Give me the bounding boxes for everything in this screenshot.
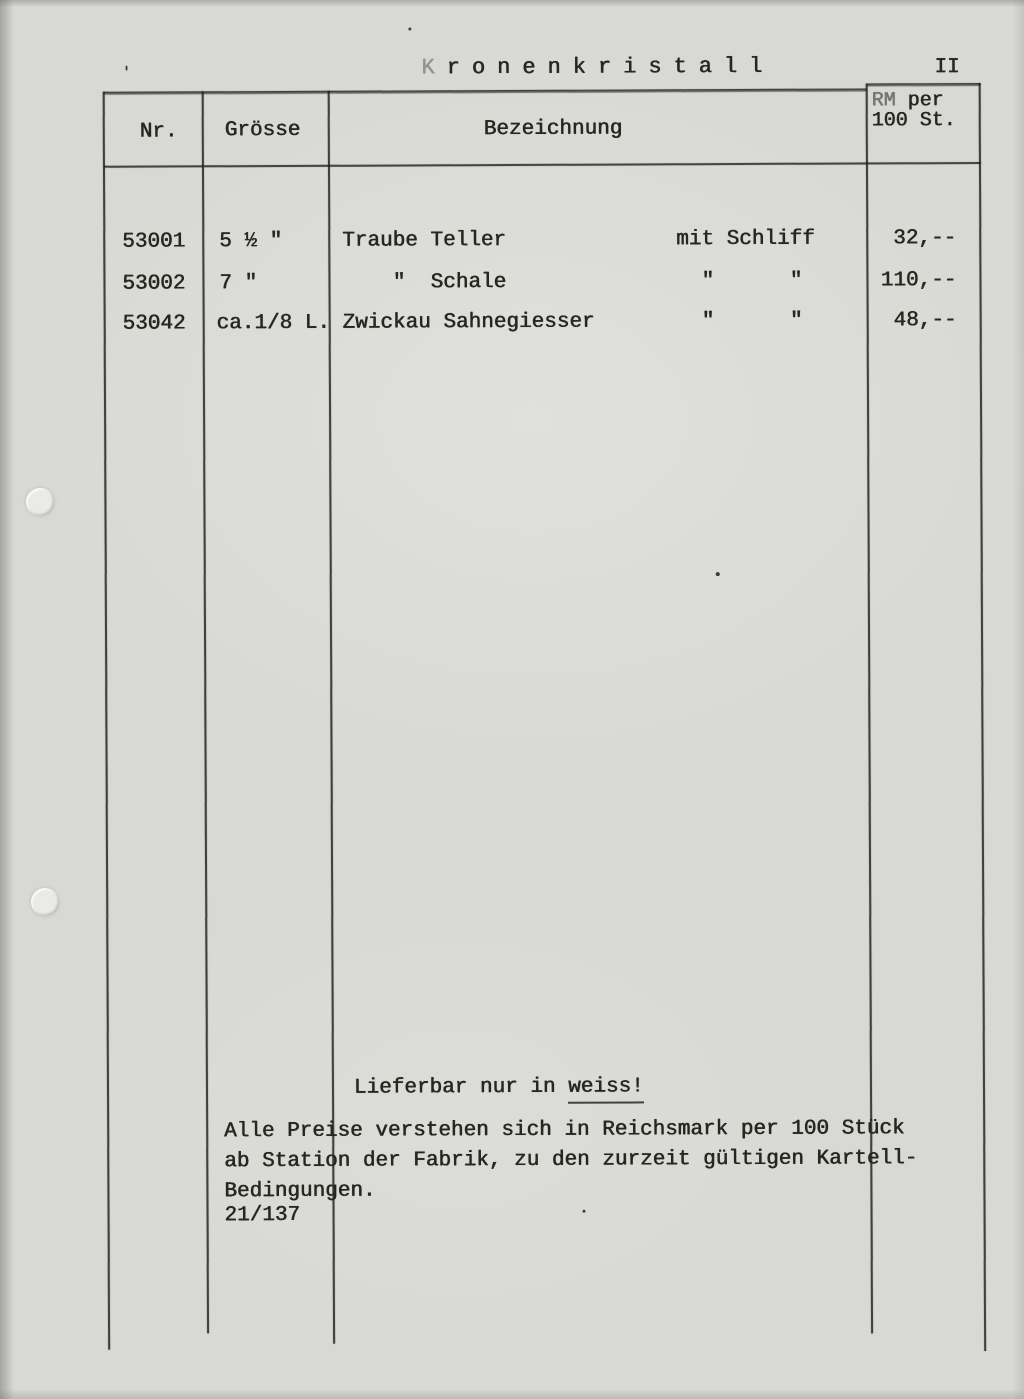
conditions-line-3: Bedingungen. — [224, 1181, 375, 1203]
table-border-right — [979, 83, 987, 1351]
scan-speck — [583, 1210, 586, 1213]
row3-price: 48,-- — [857, 310, 957, 331]
row2-price: 110,-- — [856, 270, 956, 291]
row1-description: Traube Teller — [342, 230, 506, 252]
availability-note-emphasis: weiss! — [568, 1075, 644, 1103]
row3-nr: 53042 — [123, 313, 186, 334]
table-border-left — [103, 92, 110, 1350]
conditions-line-1: Alle Preise verstehen sich in Reichsmark… — [224, 1118, 905, 1142]
page-title-faint-letter: K — [421, 55, 446, 80]
page-number: II — [935, 57, 960, 78]
table-divider-nr-size — [202, 91, 209, 1333]
page-title: Kronenkristall — [422, 56, 775, 80]
row2-finish: " " — [676, 271, 802, 293]
row1-nr: 53001 — [122, 231, 185, 252]
punch-hole-bottom — [31, 888, 59, 916]
table-top-rule — [104, 88, 867, 94]
row1-price: 32,-- — [856, 228, 956, 249]
column-header-description: Bezeichnung — [484, 119, 623, 141]
table-header-separator — [104, 162, 981, 168]
row3-description: Zwickau Sahnegiesser — [343, 312, 595, 334]
row2-description: " Schale — [342, 272, 506, 294]
column-header-nr: Nr. — [140, 121, 178, 142]
document-page: Kronenkristall II Nr. Grösse Bezeichnung… — [0, 0, 1024, 1399]
column-header-price-line2: 100 St. — [872, 111, 956, 131]
scan-speck — [716, 572, 720, 576]
punch-hole-top — [26, 488, 54, 516]
scan-speck — [408, 27, 411, 30]
row2-nr: 53002 — [122, 273, 185, 294]
column-header-size: Grösse — [225, 120, 301, 141]
row1-finish: mit Schliff — [676, 229, 815, 251]
conditions-line-2: ab Station der Fabrik, zu den zurzeit gü… — [224, 1148, 917, 1172]
row3-size: ca.1/8 L. — [217, 313, 331, 334]
scan-speck — [126, 66, 128, 71]
availability-note: Lieferbar nur in weiss! — [354, 1076, 644, 1098]
row2-size: 7 " — [219, 273, 257, 294]
row3-finish: " " — [677, 311, 803, 333]
row1-size: 5 ½ " — [219, 231, 282, 252]
page-title-rest: ronenkristall — [447, 54, 775, 80]
form-number: 21/137 — [225, 1205, 301, 1226]
price-box-top-rule — [867, 83, 981, 86]
availability-note-prefix: Lieferbar nur in — [354, 1076, 568, 1100]
